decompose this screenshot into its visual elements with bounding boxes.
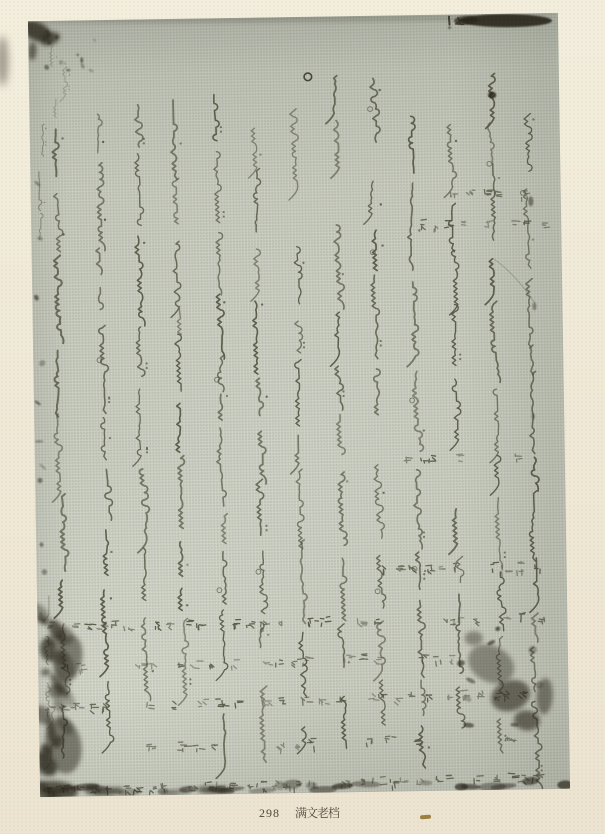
page-number: 298 bbox=[259, 806, 280, 820]
manuscript-script-art bbox=[28, 13, 570, 797]
page-edge-smudge bbox=[0, 36, 8, 86]
manuscript-photo bbox=[28, 13, 570, 797]
book-page: 298满文老档 bbox=[0, 0, 605, 834]
caption-title: 满文老档 bbox=[295, 806, 339, 820]
ink-dash-mark bbox=[420, 815, 431, 820]
figure-caption: 298满文老档 bbox=[34, 806, 564, 821]
